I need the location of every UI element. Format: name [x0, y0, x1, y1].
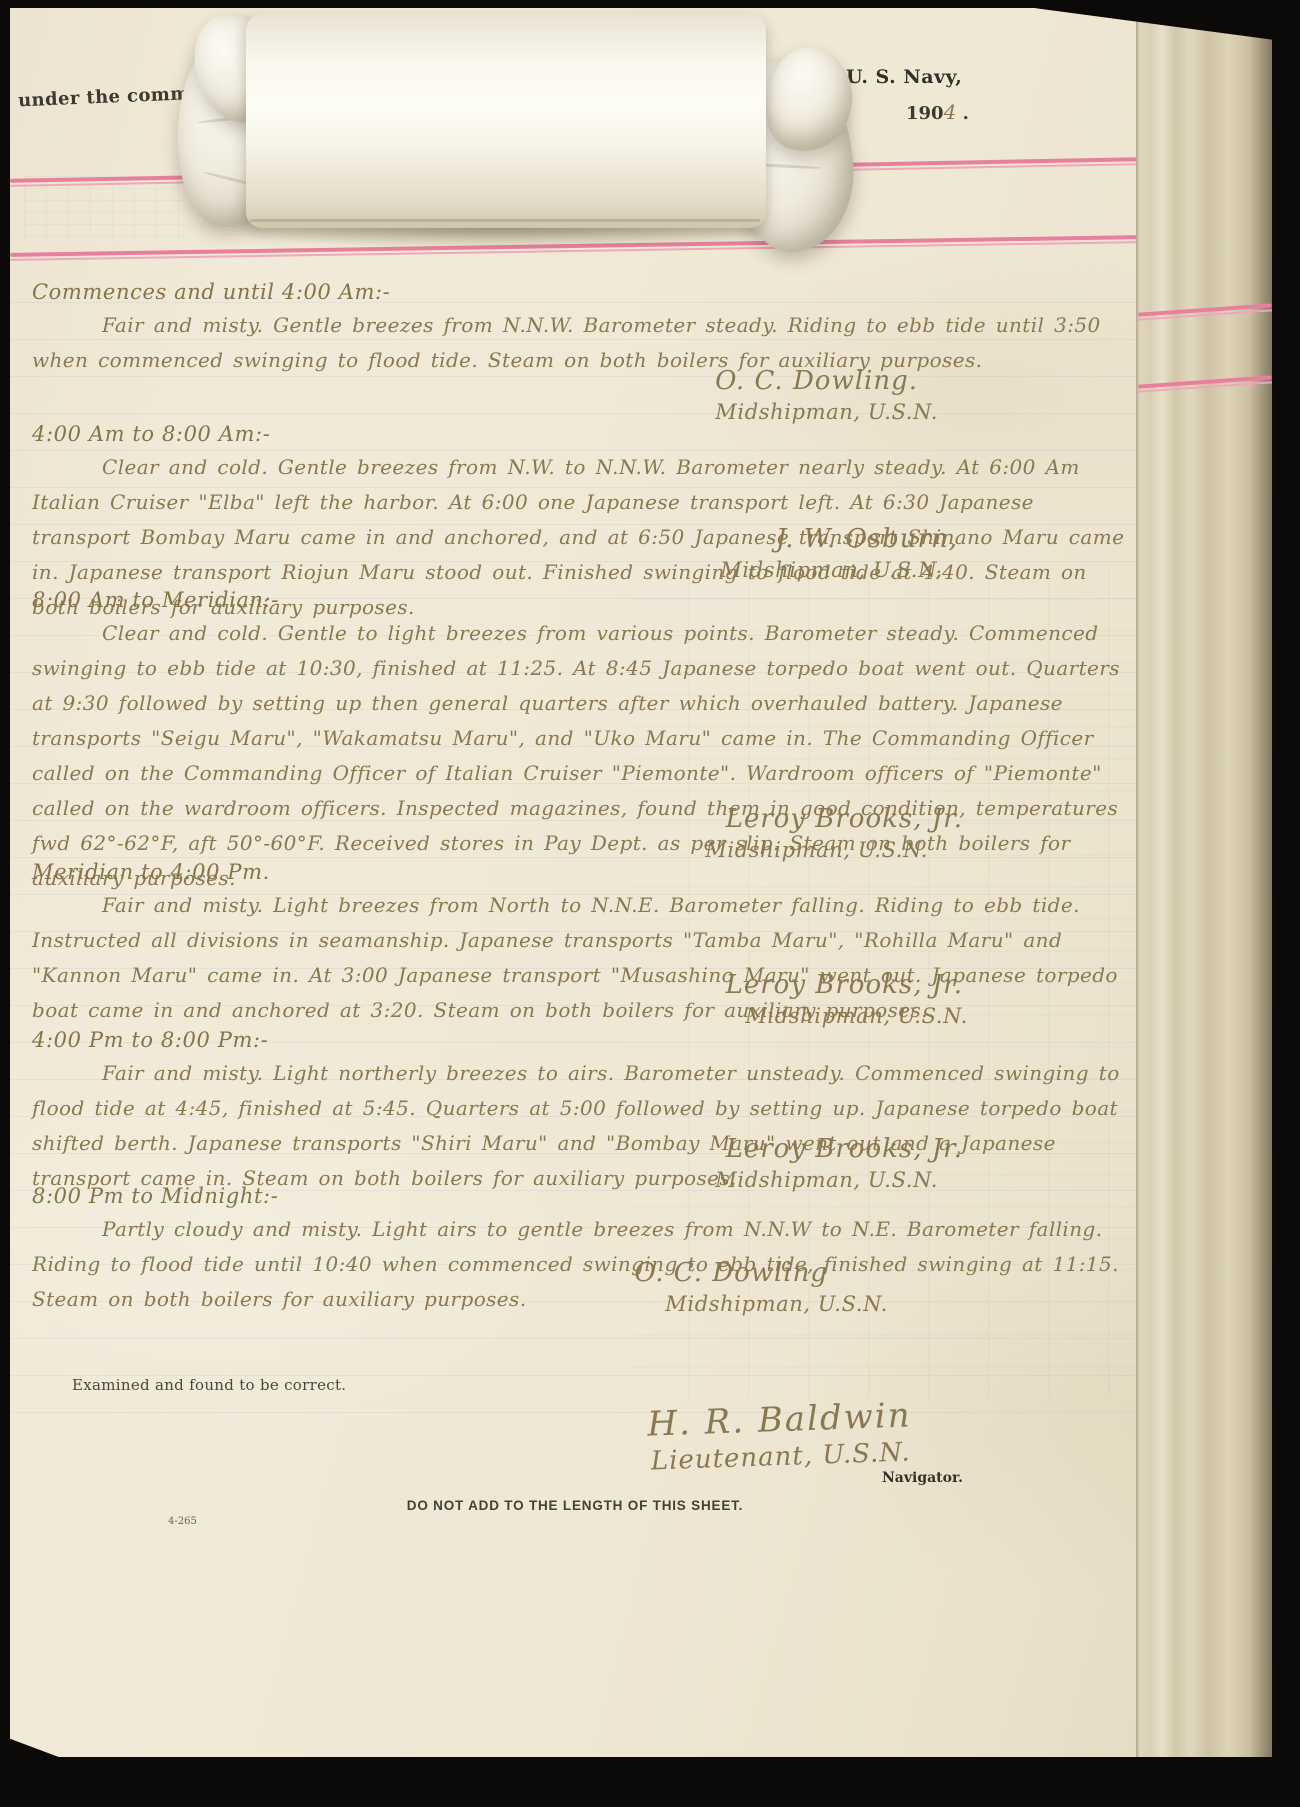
- binding-shadow: [1250, 8, 1272, 1760]
- signature-block: Leroy Brooks, Jr. Midshipman, U.S.N.: [10, 804, 1118, 862]
- signature-title: Midshipman, U.S.N.: [10, 1292, 1118, 1316]
- signature-title: Midshipman, U.S.N.: [10, 1004, 1118, 1028]
- logbook-photo: { "header": { "left_fragment": "under th…: [0, 0, 1300, 1807]
- signature-title: Midshipman, U.S.N.: [10, 838, 1118, 862]
- background-bottom: [0, 1757, 1300, 1807]
- signature-name: Leroy Brooks, Jr.: [10, 1134, 1118, 1164]
- paper-roll-weight: [246, 14, 766, 228]
- log-entry-midwatch: Commences and until 4:00 Am:- Fair and m…: [32, 280, 1140, 378]
- signature-name: Leroy Brooks, Jr.: [10, 970, 1118, 1000]
- signature-name: J. W. Osburn,: [10, 524, 1118, 554]
- year-handwritten: 4: [944, 100, 957, 124]
- signature-title: Midshipman, U.S.N.: [10, 400, 1118, 424]
- signature-name: O. C. Dowling.: [10, 366, 1118, 396]
- header-navy-text: U. S. Navy,: [846, 66, 962, 88]
- entry-heading: 8:00 Pm to Midnight:-: [32, 1184, 1140, 1208]
- signature-name: O. C. Dowling: [10, 1258, 1118, 1288]
- signature-block: O. C. Dowling Midshipman, U.S.N.: [10, 1258, 1118, 1316]
- entry-heading: 8:00 Am to Meridian:-: [32, 588, 1140, 612]
- header-year: 1904 .: [906, 100, 969, 124]
- signature-title: Midshipman, U.S.N.: [10, 558, 1118, 582]
- form-number: 4-265: [168, 1516, 197, 1527]
- entry-heading: 4:00 Am to 8:00 Am:-: [32, 422, 1140, 446]
- signature-name: Leroy Brooks, Jr.: [10, 804, 1118, 834]
- navigator-label: Navigator.: [882, 1470, 963, 1486]
- year-period: .: [963, 103, 969, 124]
- navigator-signature-block: H. R. Baldwin Lieutenant, U.S.N.: [569, 1393, 991, 1480]
- year-printed: 190: [906, 103, 944, 124]
- signature-block: Leroy Brooks, Jr. Midshipman, U.S.N.: [10, 970, 1118, 1028]
- entry-heading: Meridian to 4:00 Pm.: [32, 860, 1140, 884]
- entry-heading: Commences and until 4:00 Am:-: [32, 280, 1140, 304]
- do-not-add-notice: DO NOT ADD TO THE LENGTH OF THIS SHEET.: [10, 1498, 1140, 1513]
- bleedthrough-table: [24, 176, 184, 242]
- signature-block: J. W. Osburn, Midshipman, U.S.N.: [10, 524, 1118, 582]
- logbook-page: under the command U. S. Navy, 1904 . Com…: [10, 8, 1272, 1760]
- examined-stamp-text: Examined and found to be correct.: [72, 1376, 346, 1394]
- entry-heading: 4:00 Pm to 8:00 Pm:-: [32, 1028, 1140, 1052]
- signature-block: O. C. Dowling. Midshipman, U.S.N.: [10, 366, 1118, 424]
